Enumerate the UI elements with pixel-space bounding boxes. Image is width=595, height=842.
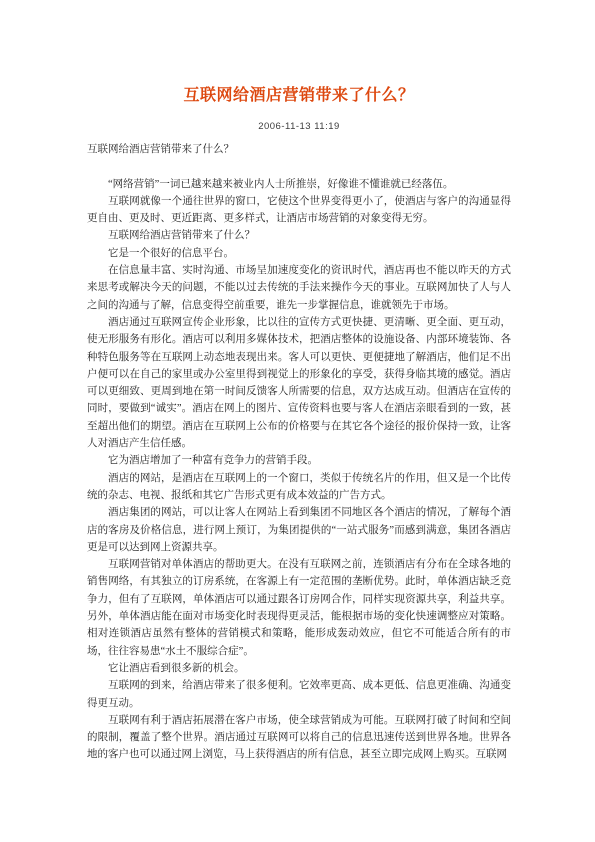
article-body: 互联网给酒店营销带来了什么？ “网络营销”一词已越来越来被业内人士所推崇，好像谁… — [87, 141, 511, 764]
paragraph: 互联网就像一个通往世界的窗口，它使这个世界变得更小了，使酒店与客户的沟通显得更自… — [87, 193, 511, 228]
paragraph: 互联网给酒店营销带来了什么？ — [87, 227, 511, 244]
article-date: 2006-11-13 11:19 — [87, 120, 511, 133]
paragraph: 在信息量丰富、实时沟通、市场呈加速度变化的资讯时代，酒店再也不能以昨天的方式来思… — [87, 262, 511, 314]
paragraph: 酒店通过互联网宣传企业形象，比以往的宣传方式更快捷、更清晰、更全面、更互动，使无… — [87, 314, 511, 452]
paragraph: 它为酒店增加了一种富有竞争力的营销手段。 — [87, 452, 511, 469]
paragraph: 酒店集团的网站，可以让客人在网站上看到集团不同地区各个酒店的情况，了解每个酒店的… — [87, 504, 511, 556]
paragraph: 互联网营销对单体酒店的帮助更大。在没有互联网之前，连锁酒店有分布在全球各地的销售… — [87, 556, 511, 660]
paragraph: 它是一个很好的信息平台。 — [87, 245, 511, 262]
document-page: 互联网给酒店营销带来了什么？ 2006-11-13 11:19 互联网给酒店营销… — [0, 0, 595, 842]
article-title: 互联网给酒店营销带来了什么？ — [87, 86, 511, 106]
paragraph: 互联网有利于酒店拓展潜在客户市场，使全球营销成为可能。互联网打破了时间和空间的限… — [87, 712, 511, 764]
paragraph: 酒店的网站，是酒店在互联网上的一个窗口，类似于传统名片的作用，但又是一个比传统的… — [87, 470, 511, 505]
paragraph: 它让酒店看到很多新的机会。 — [87, 660, 511, 677]
paragraph: “网络营销”一词已越来越来被业内人士所推崇，好像谁不懂谁就已经落伍。 — [87, 176, 511, 193]
article-lead: 互联网给酒店营销带来了什么？ — [87, 141, 511, 158]
article-paragraphs: “网络营销”一词已越来越来被业内人士所推崇，好像谁不懂谁就已经落伍。互联网就像一… — [87, 176, 511, 764]
paragraph: 互联网的到来，给酒店带来了很多便利。它效率更高、成本更低、信息更准确、沟通变得更… — [87, 677, 511, 712]
